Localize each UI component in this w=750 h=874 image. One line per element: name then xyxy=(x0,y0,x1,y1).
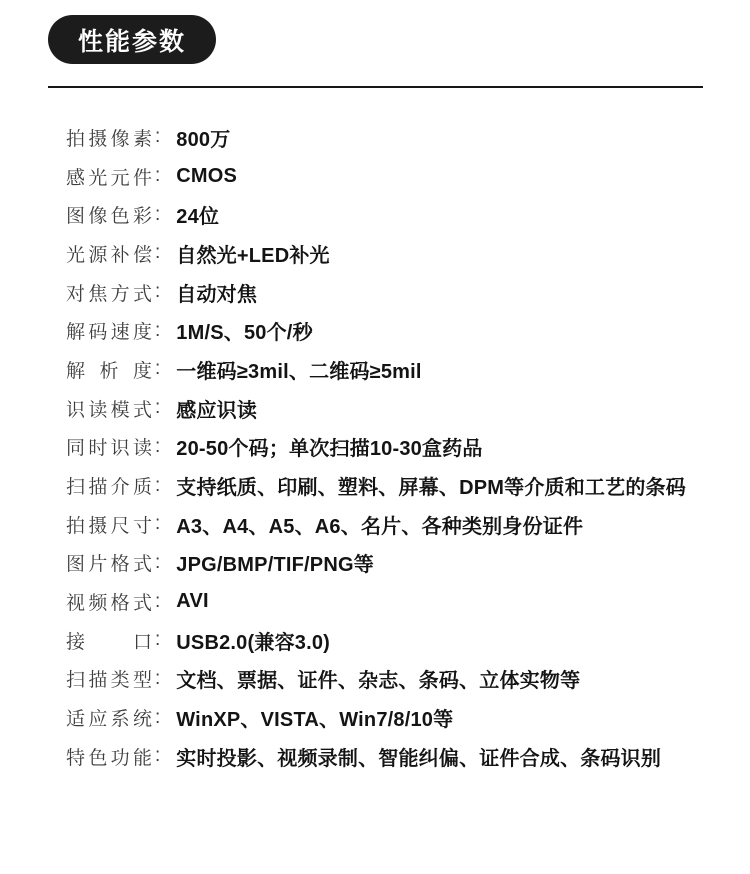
spec-label: 图片格式 xyxy=(66,549,152,576)
spec-colon: : xyxy=(155,397,160,419)
spec-colon: : xyxy=(155,475,160,497)
section-divider xyxy=(48,86,703,88)
spec-colon: : xyxy=(155,436,160,458)
spec-colon: : xyxy=(155,126,160,148)
spec-row: 感光元件 : CMOS xyxy=(66,157,726,196)
spec-row: 视频格式 : AVI xyxy=(66,582,726,621)
spec-colon: : xyxy=(155,242,160,264)
spec-value: 支持纸质、印刷、塑料、屏幕、DPM等介质和工艺的条码 xyxy=(176,471,686,500)
spec-label: 适应系统 xyxy=(66,704,152,731)
spec-row: 光源补偿 : 自然光+LED补光 xyxy=(66,234,726,273)
spec-colon: : xyxy=(155,707,160,729)
spec-label: 特色功能 xyxy=(66,743,152,770)
spec-row: 拍摄尺寸 : A3、A4、A5、A6、名片、各种类别身份证件 xyxy=(66,505,726,544)
spec-colon: : xyxy=(155,281,160,303)
spec-row: 扫描介质 : 支持纸质、印刷、塑料、屏幕、DPM等介质和工艺的条码 xyxy=(66,466,726,505)
spec-label: 视频格式 xyxy=(66,588,152,615)
spec-row: 拍摄像素 : 800万 xyxy=(66,118,726,157)
spec-row: 图像色彩 : 24位 xyxy=(66,195,726,234)
spec-row: 解码速度 : 1M/S、50个/秒 xyxy=(66,311,726,350)
spec-value: 感应识读 xyxy=(176,394,257,423)
spec-row: 适应系统 : WinXP、VISTA、Win7/8/10等 xyxy=(66,698,726,737)
spec-value: 24位 xyxy=(176,200,219,229)
spec-value: 一维码≥3mil、二维码≥5mil xyxy=(176,355,421,384)
spec-label: 感光元件 xyxy=(66,163,152,190)
section-title: 性能参数 xyxy=(78,22,186,58)
spec-row: 扫描类型 : 文档、票据、证件、杂志、条码、立体实物等 xyxy=(66,660,726,699)
spec-value: CMOS xyxy=(176,165,237,188)
spec-value: 自动对焦 xyxy=(176,278,257,307)
spec-row: 对焦方式 : 自动对焦 xyxy=(66,273,726,312)
spec-colon: : xyxy=(155,320,160,342)
spec-row: 特色功能 : 实时投影、视频录制、智能纠偏、证件合成、条码识别 xyxy=(66,737,726,776)
spec-colon: : xyxy=(155,668,160,690)
spec-value: 自然光+LED补光 xyxy=(176,239,329,268)
spec-list: 拍摄像素 : 800万 感光元件 : CMOS 图像色彩 : 24位 光源补偿 … xyxy=(66,118,726,776)
spec-value: USB2.0(兼容3.0) xyxy=(176,626,330,655)
spec-label: 拍摄像素 xyxy=(66,124,152,151)
spec-value: AVI xyxy=(176,590,208,613)
spec-row: 图片格式 : JPG/BMP/TIF/PNG等 xyxy=(66,544,726,583)
spec-colon: : xyxy=(155,513,160,535)
spec-colon: : xyxy=(155,591,160,613)
spec-value: 实时投影、视频录制、智能纠偏、证件合成、条码识别 xyxy=(176,742,661,771)
spec-colon: : xyxy=(155,552,160,574)
spec-sheet-page: 性能参数 拍摄像素 : 800万 感光元件 : CMOS 图像色彩 : 24位 … xyxy=(0,0,750,874)
spec-row: 识读模式 : 感应识读 xyxy=(66,389,726,428)
spec-row: 同时识读 : 20-50个码；单次扫描10-30盒药品 xyxy=(66,428,726,467)
spec-colon: : xyxy=(155,358,160,380)
spec-label: 拍摄尺寸 xyxy=(66,511,152,538)
spec-value: 文档、票据、证件、杂志、条码、立体实物等 xyxy=(176,664,580,693)
spec-label: 光源补偿 xyxy=(66,240,152,267)
spec-label: 图像色彩 xyxy=(66,201,152,228)
spec-colon: : xyxy=(155,629,160,651)
spec-value: JPG/BMP/TIF/PNG等 xyxy=(176,548,374,577)
spec-colon: : xyxy=(155,745,160,767)
spec-label: 扫描类型 xyxy=(66,665,152,692)
spec-value: A3、A4、A5、A6、名片、各种类别身份证件 xyxy=(176,510,583,539)
spec-label: 接口 xyxy=(66,627,152,654)
spec-value: 800万 xyxy=(176,123,230,152)
section-title-badge: 性能参数 xyxy=(48,15,216,64)
spec-label: 识读模式 xyxy=(66,395,152,422)
spec-row: 解析度 : 一维码≥3mil、二维码≥5mil xyxy=(66,350,726,389)
spec-label: 对焦方式 xyxy=(66,279,152,306)
spec-value: 20-50个码；单次扫描10-30盒药品 xyxy=(176,432,482,461)
spec-row: 接口 : USB2.0(兼容3.0) xyxy=(66,621,726,660)
spec-colon: : xyxy=(155,165,160,187)
spec-value: 1M/S、50个/秒 xyxy=(176,316,312,345)
spec-colon: : xyxy=(155,204,160,226)
spec-label: 同时识读 xyxy=(66,433,152,460)
spec-label: 扫描介质 xyxy=(66,472,152,499)
spec-label: 解析度 xyxy=(66,356,152,383)
spec-label: 解码速度 xyxy=(66,317,152,344)
spec-value: WinXP、VISTA、Win7/8/10等 xyxy=(176,703,453,732)
